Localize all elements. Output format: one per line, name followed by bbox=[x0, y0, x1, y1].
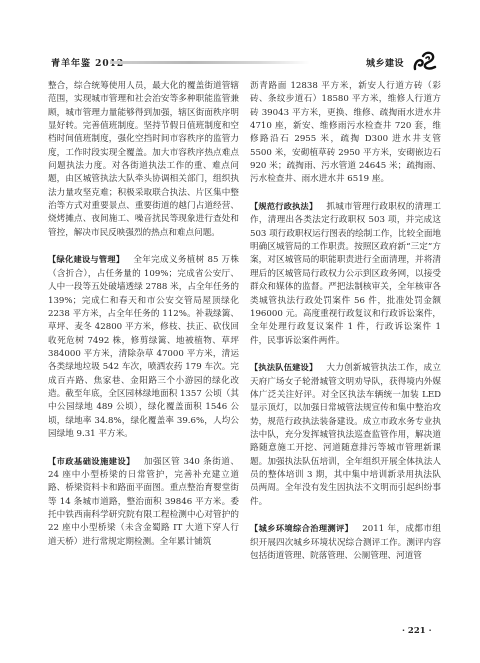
paragraph-administrative-law: 【规范行政执法】抓城市管理行政职权的清理工作，清理出各类法定行政职权 503 项… bbox=[250, 200, 441, 348]
paragraph-text: 抓城市管理行政职权的清理工作，清理出各类法定行政职权 503 项，并完成这 50… bbox=[250, 202, 441, 345]
paragraph-greening: 【绿化建设与管理】全年完成义务植树 85 万株（含折合），占任务量的 109%；… bbox=[48, 253, 239, 441]
paragraph-text: 加强区管 340 条街道、24 座中小型桥梁的日常管护，完善补充建立道路、桥梁资… bbox=[48, 457, 239, 547]
paragraph-environment-evaluation: 【城乡环境综合治理测评】2011 年，成都市组织开展四次城乡环境状况综合测评工作… bbox=[250, 522, 441, 563]
section-heading-municipal-infrastructure: 【市政基础设施建设】 bbox=[48, 456, 135, 466]
header-rule-divider bbox=[110, 61, 310, 64]
paragraph-municipal-infrastructure: 【市政基础设施建设】加强区管 340 条街道、24 座中小型桥梁的日常管护，完善… bbox=[48, 455, 239, 549]
section-heading-environment-evaluation: 【城乡环境综合治理测评】 bbox=[250, 523, 353, 533]
paragraph-text: 沥青路面 12838 平方米，新安人行道方砖（彩砖、条纹步道石）18580 平方… bbox=[250, 81, 441, 184]
section-heading-administrative-law: 【规范行政执法】 bbox=[250, 201, 317, 211]
section-title: 城乡建设 bbox=[366, 56, 404, 69]
page-number: · 221 · bbox=[402, 626, 432, 636]
right-text-column: 沥青路面 12838 平方米，新安人行道方砖（彩砖、条纹步道石）18580 平方… bbox=[250, 80, 441, 563]
section-heading-greening: 【绿化建设与管理】 bbox=[48, 254, 124, 264]
page-header: 青羊年鉴 2012 城乡建设 bbox=[0, 0, 480, 75]
paragraph-continuation: 沥青路面 12838 平方米，新安人行道方砖（彩砖、条纹步道石）18580 平方… bbox=[250, 80, 441, 187]
paragraph-enforcement-team: 【执法队伍建设】大力创新城管执法工作，成立天府广场女子轮滑城管文明劝导队，获得境… bbox=[250, 361, 441, 509]
paragraph-text: 全年完成义务植树 85 万株（含折合），占任务量的 109%；完成省公安厅、人中… bbox=[48, 255, 239, 438]
paragraph-continuation: 整合，综合统筹使用人员，最大化的覆盖街道管辖范围，实现城市管理和社会治安等多种职… bbox=[48, 80, 239, 240]
paragraph-text: 整合，综合统筹使用人员，最大化的覆盖街道管辖范围，实现城市管理和社会治安等多种职… bbox=[48, 81, 239, 238]
calligraphy-swirl-logo-icon bbox=[413, 50, 437, 72]
paragraph-text: 大力创新城管执法工作，成立天府广场女子轮滑城管文明劝导队，获得境内外媒体广泛关注… bbox=[250, 363, 441, 506]
section-heading-enforcement-team: 【执法队伍建设】 bbox=[250, 362, 317, 372]
left-text-column: 整合，综合统筹使用人员，最大化的覆盖街道管辖范围，实现城市管理和社会治安等多种职… bbox=[48, 80, 239, 549]
